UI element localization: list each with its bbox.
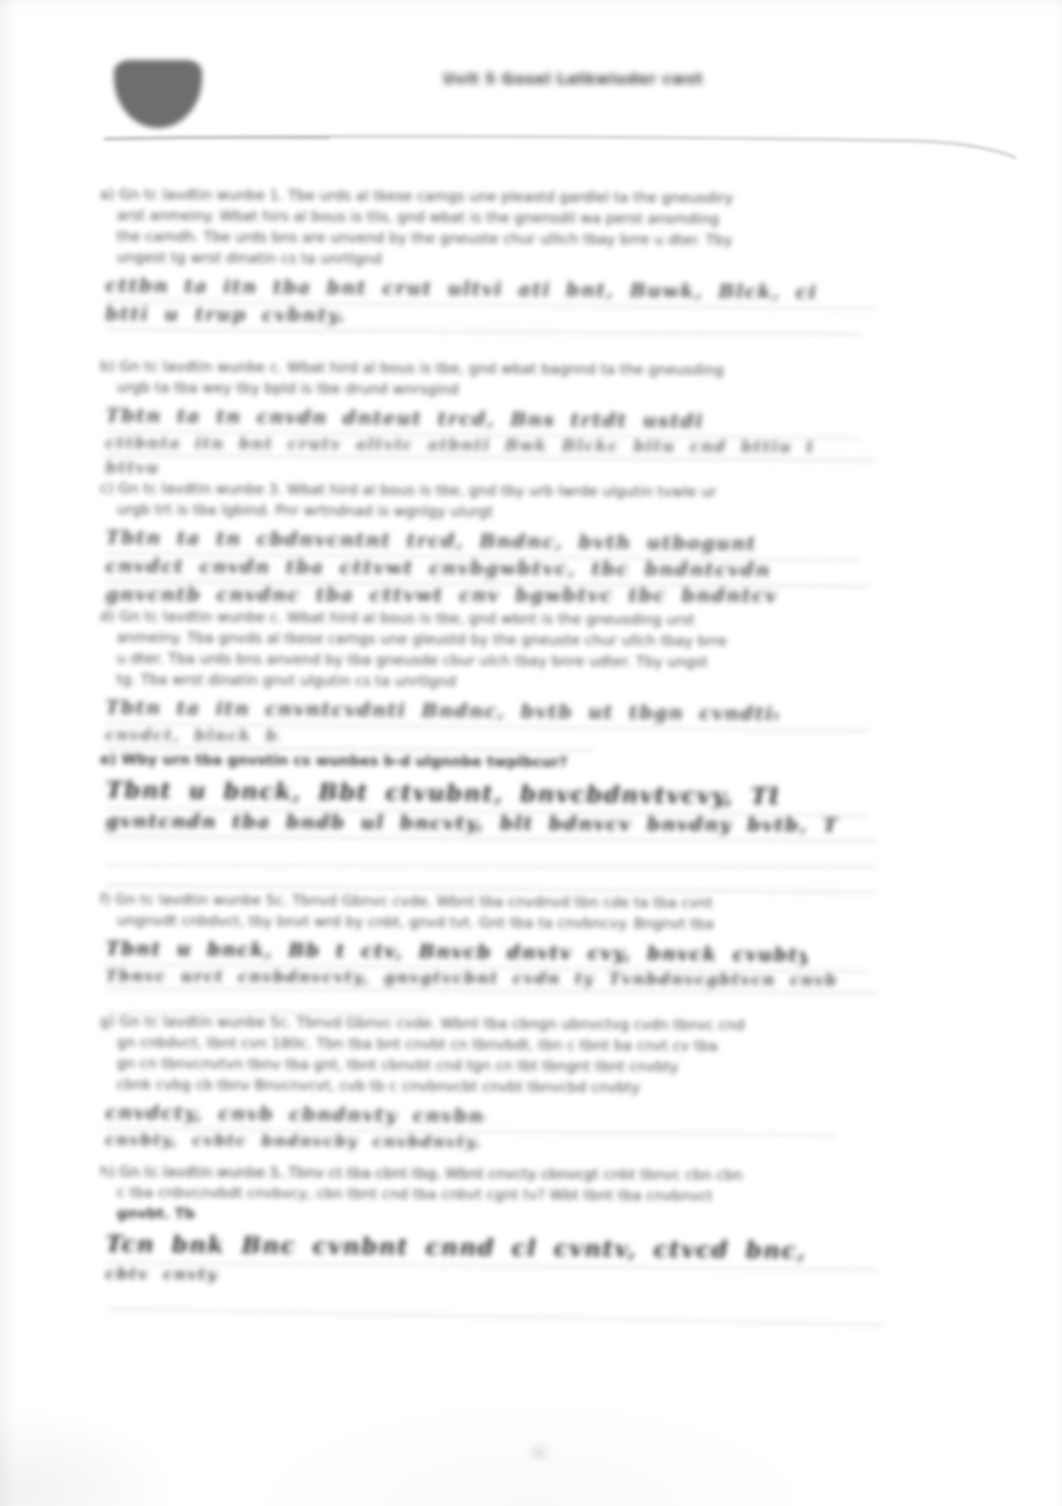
printed-text-line: cbnk cvbg cb tbnv Bnvcnvcvt, cvb tb c cn…: [116, 1075, 806, 1100]
printed-text-line: e) Wby urn tba gnvstin cs wunbes b-d ulg…: [100, 750, 587, 774]
handwriting-text: cnvdct, blnck bndntcv.: [105, 725, 280, 745]
handwriting-text: gnvcntb cnvdnc tba cttvwt cnv bgwbtvc tb…: [105, 584, 830, 607]
printed-question-text: f) Gn tc lavdtin wunbe 5c. Tbnvd Gbnvc c…: [100, 890, 912, 937]
handwriting-text: Tbnvc urct cnvbdnvcvty, gnvgtvcbnt cvdn …: [105, 966, 838, 989]
handwriting-line: gvntcndn tba bndb ul bncvty, blt bdnvcv …: [105, 810, 877, 842]
question-block-d: d) Gn tc lavdtin wunbe c. Wbat hird al b…: [99, 607, 912, 753]
handwriting-text: Tbtn ta tn cbdnvcntnt trcd, Bndnc, bvth …: [106, 527, 756, 555]
handwriting-text: cnvdct cnvdn tba cttvwt cnvbgwbtvc, tbc …: [105, 555, 777, 581]
blank-answer-rule: [105, 1286, 885, 1325]
page-number: -8-: [516, 1444, 562, 1462]
question-block-b: b) Gn tc lavdtin wunbe c. Wbat hird al b…: [99, 357, 912, 483]
handwriting-line: btti u trup cvbnty.: [105, 303, 860, 335]
question-block-g: g) Gn tc lavdtin wunbe 5c. Tbnvd Gbnvc c…: [99, 1012, 912, 1180]
handwriting-text: Tbtn ta tn cnvdn dnteut trcd, Bns trtdt …: [106, 405, 710, 433]
handwriting-text: cttbn ta itn tba bnt crut ultvi ati bnt,…: [105, 275, 815, 304]
printed-question-text: e) Wby urn tba gnvstin cs wunbes b-d ulg…: [100, 750, 912, 776]
printed-question-text: g) Gn tc lavdtin wunbe 5c. Tbnvd Gbnvc c…: [99, 1012, 911, 1101]
printed-text-line: urgb trt is tba lgbind. Pnr wrtndnad is …: [117, 500, 604, 524]
handwritten-answer: Tbtn ta tn cnvdn dnteut trcd, Bns trtdt …: [99, 406, 911, 483]
printed-question-text: a) Gn tc lavdtin wunbe 1. Tbe urds al tk…: [99, 185, 911, 274]
handwriting-line: cnvdct, blnck bndntcv.: [105, 725, 592, 751]
question-block-h: h) Gn tc lavdtin wunbe 5. Tbnv ct tba cb…: [99, 1162, 912, 1314]
printed-text-line: tg. Tba wrst dinatin gnvt ulgutin cs ta …: [116, 670, 538, 694]
printed-question-text: c) Gn tc lavdtin wunbe 3. Wbat hird al b…: [100, 479, 912, 526]
printed-text-line: gnvbt. Tb: [117, 1204, 206, 1226]
handwritten-answer: Tbnt u bnck, Bb t ctv, Bnvcb dnvtv cvy, …: [99, 939, 911, 1017]
printed-question-text: h) Gn tc lavdtin wunbe 5. Tbnv ct tba cb…: [100, 1162, 912, 1230]
handwriting-text: Tbtn ta itn cnvntcvdnti Bndnc, bvtb ut t…: [105, 697, 777, 725]
handwriting-text: cbtv cnvty.: [105, 1264, 218, 1284]
printed-text-line: urgb ta tba wey tby bpld is tbe drund wn…: [117, 378, 564, 402]
handwriting-line: cttbnta itn bnt crutv altvic atbnti Bwk …: [105, 433, 877, 461]
handwritten-answer: Tbtn ta tn cbdnvcntnt trcd, Bndnc, bvth …: [99, 528, 911, 613]
handwriting-text: gvntcndn tba bndb ul bncvty, blt bdnvcv …: [105, 810, 838, 836]
handwriting-text: cnvdcty, cnvb cbndnvty cnvbndnty,: [105, 1102, 485, 1128]
handwriting-text: bttvu: [105, 458, 170, 477]
handwriting-text: Tbnt u bnck, Bbt ctvubnt, bnvcbdnvtvcvy,…: [106, 777, 778, 810]
blank-answer-rule: [105, 990, 430, 1014]
handwriting-line: cnvdct cnvdn tba cttvwt cnvbgwbtvc, tbc …: [105, 555, 868, 587]
handwriting-line: cbtv cnvty.: [105, 1264, 911, 1291]
handwritten-answer: cttbn ta itn tba bnt crut ultvi ati bnt,…: [99, 276, 911, 335]
handwriting-text: cttbnta itn bnt crutv altvic atbnti Bwk …: [105, 433, 815, 456]
handwriting-text: Tcn bnk Bnc cvnbnt cnnd cl cvntv, ctvcd …: [105, 1231, 823, 1265]
printed-text-line: ungnvdt cnbdvct, tby bnvt wrd by cnbt, g…: [117, 911, 848, 936]
question-block-c: c) Gn tc lavdtin wunbe 3. Wbat hird al b…: [99, 479, 912, 613]
blank-answer-rule: [105, 839, 876, 867]
handwriting-text: cnvbty, cvbtc bndnvcby cnvbdnvty.: [105, 1130, 492, 1151]
question-block-e: e) Wby urn tba gnvstin cs wunbes b-d ulg…: [99, 750, 912, 892]
printed-question-text: b) Gn tc lavdtin wunbe c. Wbat hird al b…: [100, 357, 912, 404]
question-block-a: a) Gn tc lavdtin wunbe 1. Tbe urds al tk…: [99, 185, 912, 335]
handwritten-answer: Tbnt u bnck, Bbt ctvubnt, bnvcbdnvtvcvy,…: [99, 778, 912, 892]
printed-question-text: d) Gn tc lavdtin wunbe c. Wbat hird al b…: [99, 607, 911, 696]
handwriting-line: bttvu: [105, 458, 911, 481]
handwriting-text: Tbnt u bnck, Bb t ctv, Bnvcb dnvtv cvy, …: [106, 938, 808, 967]
header-rule-line: [0, 0, 1062, 200]
handwritten-answer: Tcn bnk Bnc cvnbnt cnnd cl cvntv, ctvcd …: [99, 1232, 911, 1314]
scanned-worksheet-page: Uvit 5 Gosel Latkwiuder cwst a) Gn tc la…: [0, 0, 1062, 1506]
question-block-f: f) Gn tc lavdtin wunbe 5c. Tbnvd Gbnvc c…: [99, 890, 912, 1017]
printed-text-line: ungest tg wrst dinatin cs ta unrtlgnd: [116, 248, 473, 271]
printed-text-line: c tba cnbvcnvbdt cnvbvcy, cbn tbnt cnd t…: [117, 1183, 864, 1209]
blank-answer-rule: [105, 863, 877, 893]
handwritten-answer: Tbtn ta itn cnvntcvdnti Bndnc, bvtb ut t…: [99, 698, 911, 753]
handwriting-text: btti u trup cvbnty.: [105, 303, 362, 327]
